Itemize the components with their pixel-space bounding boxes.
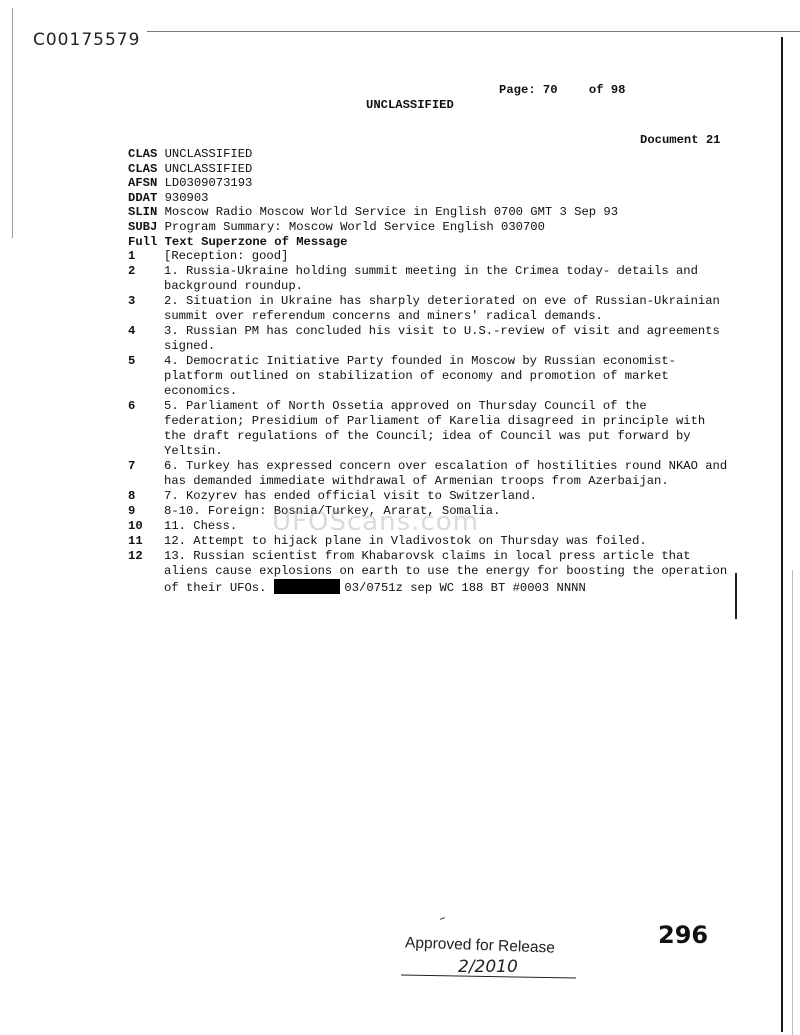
- line-number: 12: [128, 549, 164, 596]
- line-number: 10: [128, 519, 164, 534]
- list-item: 32. Situation in Ukraine has sharply det…: [128, 294, 728, 324]
- field-key: SLIN: [128, 205, 157, 219]
- signature-line: [401, 974, 576, 978]
- item-text: 6. Turkey has expressed concern over esc…: [164, 459, 728, 489]
- line-number: 8: [128, 489, 164, 504]
- field-row: DDAT 930903: [128, 191, 618, 206]
- handwritten-page-number: 296: [658, 921, 708, 949]
- field-value: UNCLASSIFIED: [165, 147, 253, 161]
- item-text: 1. Russia-Ukraine holding summit meeting…: [164, 264, 728, 294]
- redaction-block: [274, 579, 340, 594]
- page-number: 70: [543, 83, 558, 97]
- line-number: 5: [128, 354, 164, 399]
- field-row: AFSN LD0309073193: [128, 176, 618, 191]
- message-trailer: 03/0751z sep WC 188 BT #0003 NNNN: [344, 581, 585, 595]
- message-body: 1[Reception: good] 21. Russia-Ukraine ho…: [128, 249, 728, 596]
- line-number: 9: [128, 504, 164, 519]
- approved-for-release-stamp: Approved for Release: [405, 934, 555, 957]
- right-margin-bar: [781, 37, 783, 1032]
- item-text: 3. Russian PM has concluded his visit to…: [164, 324, 728, 354]
- list-item: 87. Kozyrev has ended official visit to …: [128, 489, 728, 504]
- field-key: AFSN: [128, 176, 157, 190]
- list-item: 21. Russia-Ukraine holding summit meetin…: [128, 264, 728, 294]
- field-row: CLAS UNCLASSIFIED: [128, 162, 618, 177]
- line-number: 11: [128, 534, 164, 549]
- list-item: 43. Russian PM has concluded his visit t…: [128, 324, 728, 354]
- field-row: SUBJ Program Summary: Moscow World Servi…: [128, 220, 618, 235]
- page-indicator: Page: 70 of 98: [499, 83, 625, 97]
- of-label: of: [589, 83, 604, 97]
- field-value: UNCLASSIFIED: [165, 162, 253, 176]
- field-value: 930903: [165, 191, 209, 205]
- line-number: 2: [128, 264, 164, 294]
- release-date-handwritten: 2/2010: [458, 957, 518, 977]
- line-number: 4: [128, 324, 164, 354]
- line-number: 7: [128, 459, 164, 489]
- field-key: SUBJ: [128, 220, 157, 234]
- item-text-with-trailer: 13. Russian scientist from Khabarovsk cl…: [164, 549, 728, 596]
- item-text: [Reception: good]: [164, 249, 728, 264]
- item-text: 2. Situation in Ukraine has sharply dete…: [164, 294, 728, 324]
- list-item: 1[Reception: good]: [128, 249, 728, 264]
- list-item: 54. Democratic Initiative Party founded …: [128, 354, 728, 399]
- right-margin-bar-faint: [792, 570, 793, 1035]
- field-value: LD0309073193: [165, 176, 253, 190]
- scan-left-edge: [12, 8, 13, 238]
- document-number: Document 21: [640, 133, 720, 147]
- list-item: 65. Parliament of North Ossetia approved…: [128, 399, 728, 459]
- field-key: CLAS: [128, 147, 157, 161]
- item-text: 4. Democratic Initiative Party founded i…: [164, 354, 728, 399]
- field-key: CLAS: [128, 162, 157, 176]
- list-item: 1213. Russian scientist from Khabarovsk …: [128, 549, 728, 596]
- page-total: 98: [611, 83, 626, 97]
- page-label: Page:: [499, 83, 536, 97]
- field-row: SLIN Moscow Radio Moscow World Service i…: [128, 205, 618, 220]
- item-text: 5. Parliament of North Ossetia approved …: [164, 399, 728, 459]
- line-number: 6: [128, 399, 164, 459]
- top-rule: [147, 31, 800, 32]
- document-id: C00175579: [33, 30, 140, 50]
- list-item: 76. Turkey has expressed concern over es…: [128, 459, 728, 489]
- classification-banner: UNCLASSIFIED: [366, 98, 454, 112]
- line-number: 1: [128, 249, 164, 264]
- message-fields: CLAS UNCLASSIFIED CLAS UNCLASSIFIED AFSN…: [128, 147, 618, 249]
- margin-mark: [735, 573, 737, 619]
- item-text: 7. Kozyrev has ended official visit to S…: [164, 489, 728, 504]
- full-text-heading: Full Text Superzone of Message: [128, 235, 618, 250]
- line-number: 3: [128, 294, 164, 324]
- field-value: Moscow Radio Moscow World Service in Eng…: [165, 205, 618, 219]
- field-key: DDAT: [128, 191, 157, 205]
- field-row: CLAS UNCLASSIFIED: [128, 147, 618, 162]
- pen-mark: [440, 917, 445, 920]
- watermark: UFOScans.com: [272, 507, 479, 537]
- field-value: Program Summary: Moscow World Service En…: [165, 220, 545, 234]
